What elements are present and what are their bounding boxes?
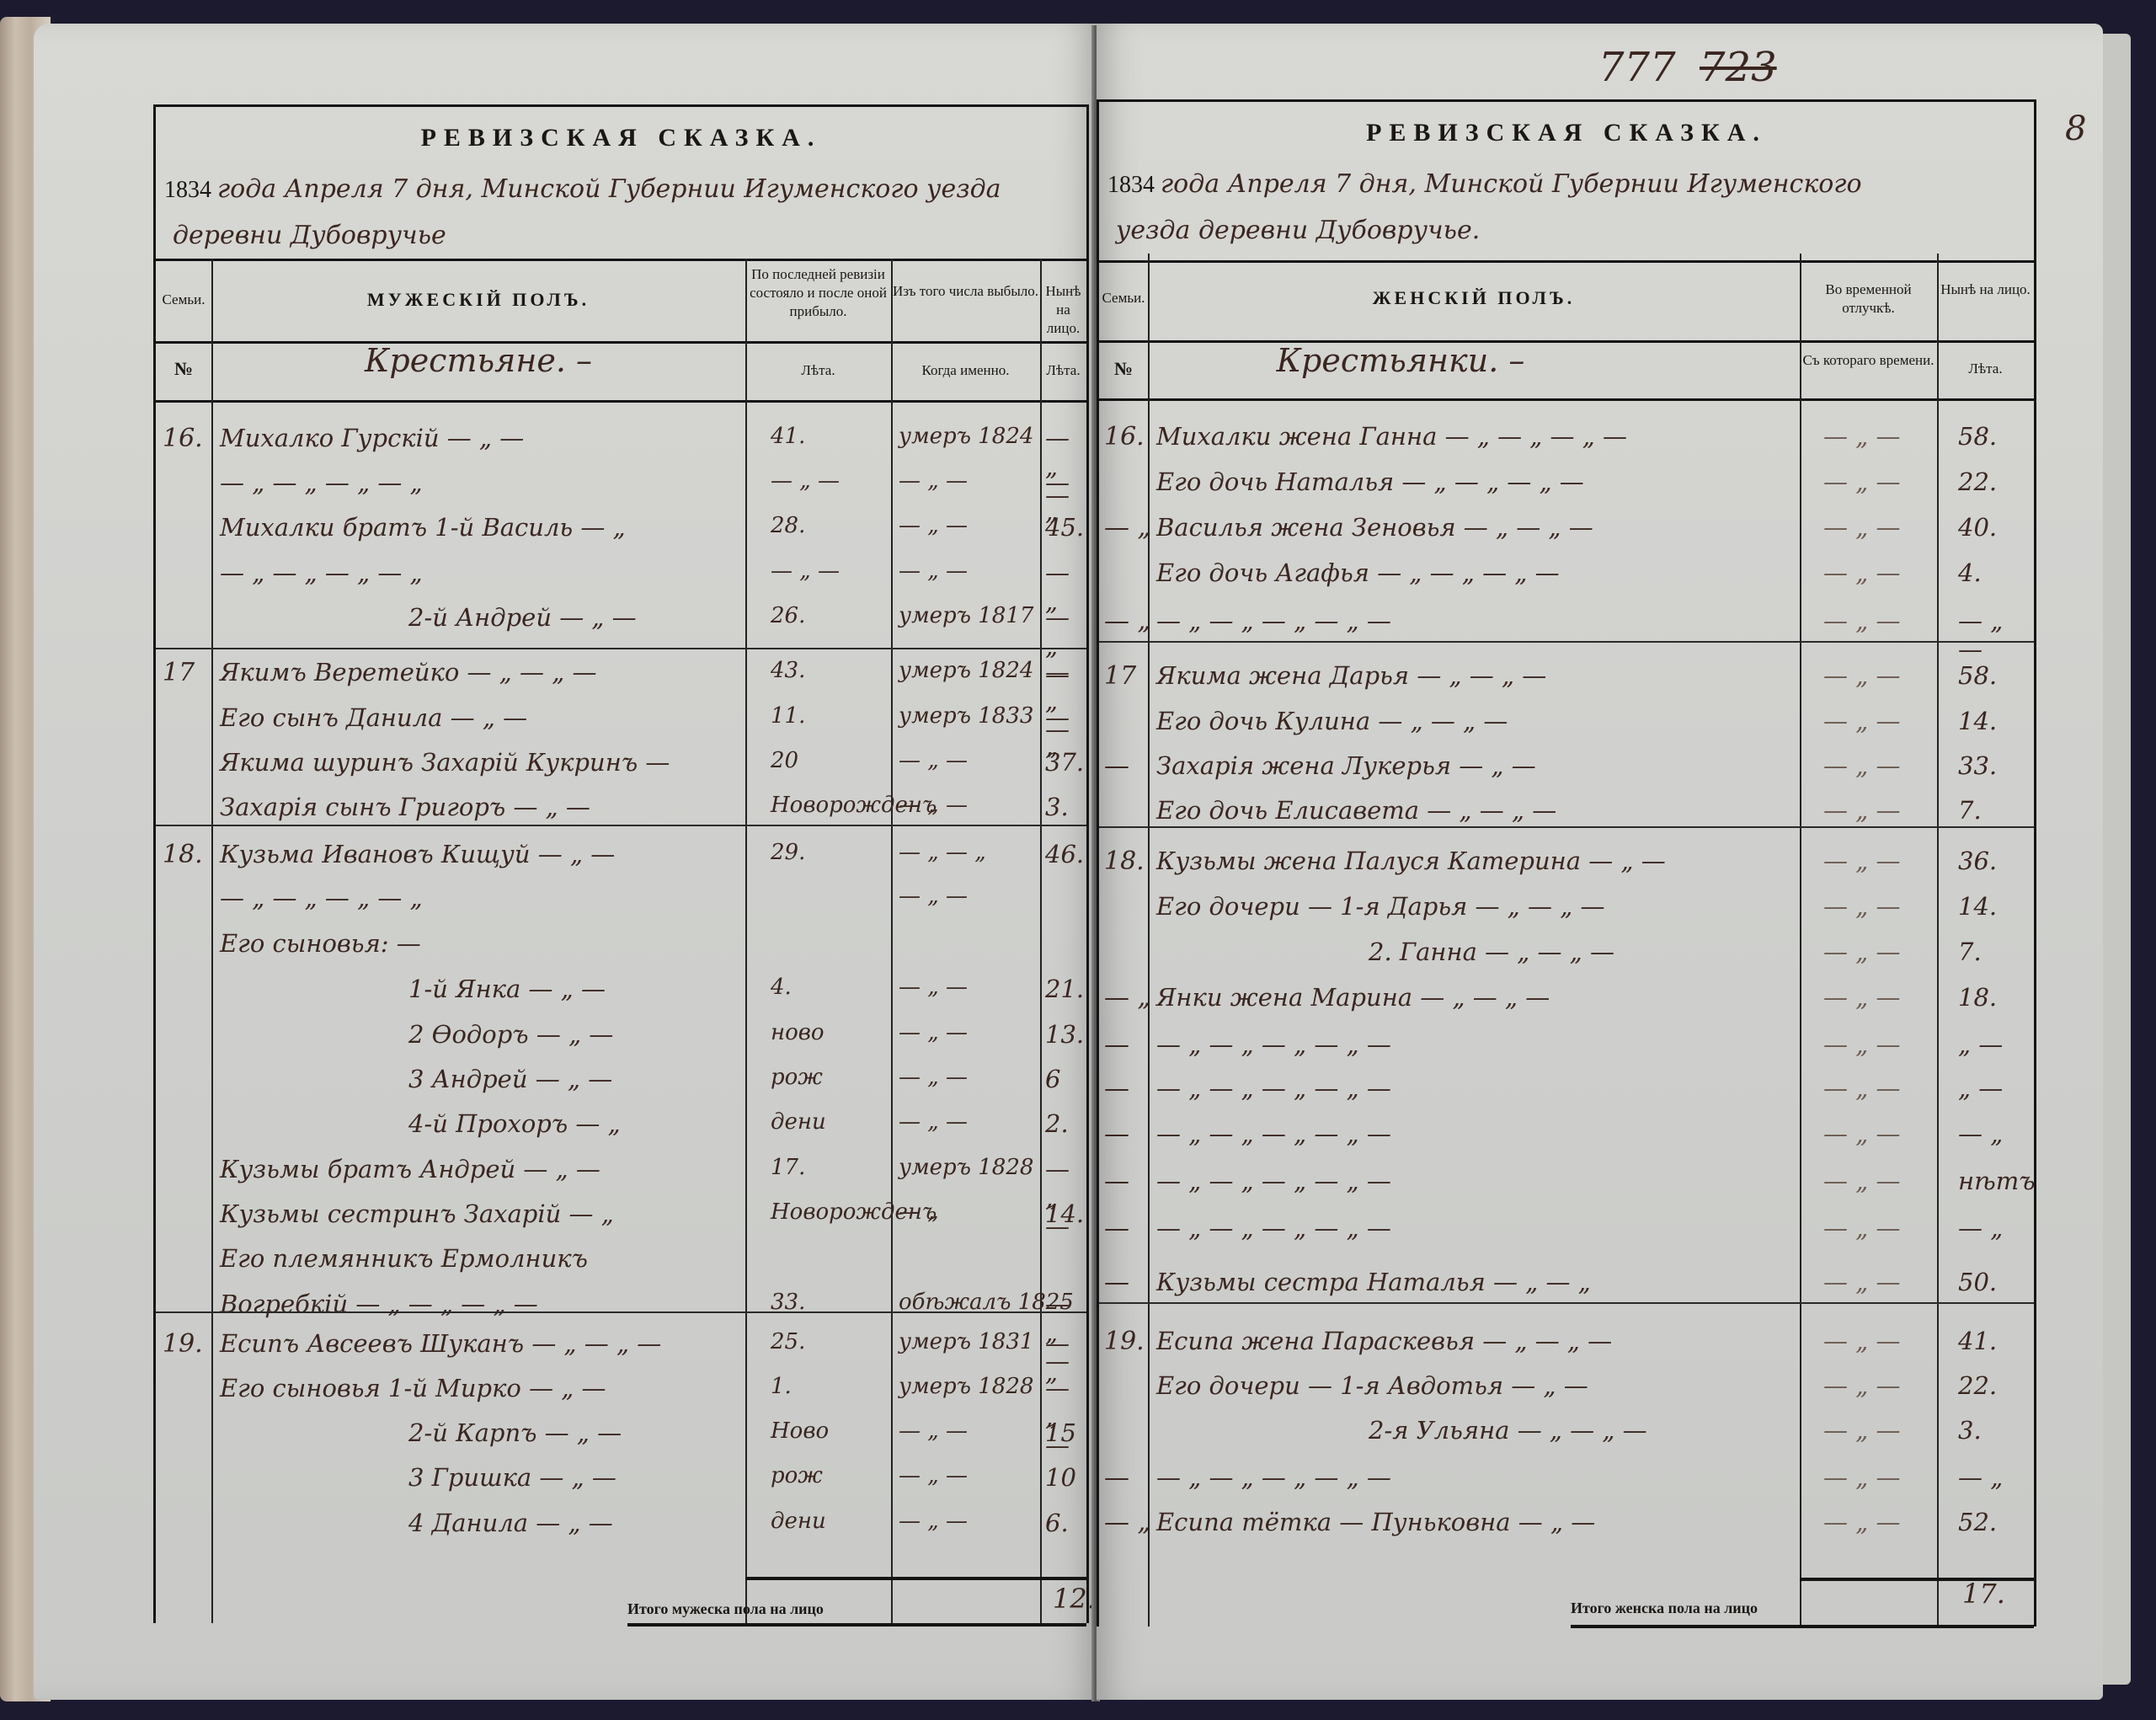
female-table-row: Его дочери — 1-я Дарья — „ — „ —— „ —14. (1099, 889, 2034, 931)
male-table-row: Кузьмы братъ Андрей — „ —17.умеръ 1828— … (156, 1151, 1086, 1194)
temporary-absence: — „ — (1823, 1214, 1900, 1242)
age-now: 14. (1045, 1199, 1084, 1228)
departure-note: — „ — (899, 558, 968, 584)
temporary-absence: — „ — (1823, 983, 1900, 1012)
header-when: Когда именно. (891, 361, 1040, 380)
female-table-row: 2-я Ульяна — „ — „ —— „ —3. (1099, 1413, 2034, 1455)
male-table-row: Кузьмы сестринъ Захарій — „Новорожденъ— … (156, 1196, 1086, 1238)
header-family: Семьи. (1099, 289, 1148, 307)
age-now: 45. (1045, 513, 1084, 542)
age-now: 37. (1045, 748, 1084, 777)
person-name: Янки жена Марина — „ — „ — (1156, 983, 1550, 1012)
temporary-absence: — „ — (1823, 1074, 1900, 1103)
departure-note: умеръ 1824 (899, 658, 1033, 683)
age-now: 58. (1958, 422, 1997, 451)
header-num-sign: № (156, 360, 211, 378)
struck-folio-number: 723 (1700, 44, 1777, 91)
age-at-last-revision: рож (771, 1065, 823, 1090)
departure-note: — „ — (899, 1020, 968, 1045)
age-now: — „ (1958, 1119, 2003, 1148)
family-separator (156, 825, 1086, 826)
female-table-row: 17Якима жена Дарья — „ — „ —— „ —58. (1099, 658, 2034, 700)
family-number: 18. (1104, 847, 1145, 876)
age-now: 22. (1958, 1371, 1997, 1400)
age-now: 41. (1958, 1327, 1997, 1355)
person-name: Его дочь Елисавета — „ — „ — (1156, 796, 1556, 825)
male-table-row: 4-й Прохоръ — „дени— „ —2. (156, 1106, 1086, 1148)
right-page-frame: РЕВИЗСКАЯ СКАЗКА. 1834 года Апреля 7 дня… (1097, 99, 2036, 1627)
age-now: 2. (1045, 1109, 1069, 1138)
departure-note: умеръ 1831 (899, 1329, 1033, 1354)
temporary-absence: — „ — (1823, 707, 1900, 735)
person-name: — „ — „ — „ — „ — (1156, 1119, 1391, 1148)
person-name: Василья жена Зеновья — „ — „ — (1156, 513, 1593, 542)
person-name: 4 Данила — „ — (408, 1509, 613, 1537)
person-name: Его сыновья: — (220, 929, 421, 958)
person-name: 2-й Карпъ — „ — (408, 1418, 622, 1447)
age-now: 7. (1958, 796, 1982, 825)
departure-note: — „ — (899, 1109, 968, 1135)
female-table-row: — „Есипа тётка — Пуньковна — „ —— „ —52. (1099, 1504, 2034, 1546)
male-table-row: 2 Ѳодоръ — „ —ново— „ —13. (156, 1017, 1086, 1059)
header-top-rule (156, 259, 1086, 261)
person-name: Якима шуринъ Захарій Кукринъ — (220, 748, 670, 777)
male-table-row: — „ — „ — „ — „— „ —— „ —— „ (156, 465, 1086, 507)
margin-number: 8 (2065, 110, 2086, 148)
header-estate: Крестьяне. – (211, 351, 745, 370)
person-name: — „ — „ — „ — „ (220, 884, 423, 912)
right-place-line: уезда деревни Дубовручье. (1116, 216, 1480, 245)
total-rule (1800, 1578, 2034, 1581)
age-now: „ — (1958, 1074, 2003, 1103)
temporary-absence: — „ — (1823, 892, 1900, 921)
family-separator (156, 648, 1086, 649)
person-name: 2-й Андрей — „ — (408, 603, 637, 632)
female-total-value: 17. (1962, 1578, 2005, 1610)
female-table-row: —Захарія жена Лукерья — „ —— „ —33. (1099, 748, 2034, 790)
temporary-absence: — „ — (1823, 422, 1900, 451)
family-number: — „ (1104, 1508, 1150, 1537)
person-name: 3 Гришка — „ — (408, 1463, 616, 1492)
age-at-last-revision: 41. (771, 424, 805, 449)
person-name: Есипа тётка — Пуньковна — „ — (1156, 1508, 1595, 1536)
age-now: 10 (1045, 1463, 1076, 1492)
age-now: — „ (1958, 1463, 2003, 1492)
header-mid-rule (156, 341, 1086, 344)
temporary-absence: — „ — (1823, 558, 1900, 587)
header-estate: Крестьянки. – (1148, 351, 1653, 370)
temporary-absence: — „ — (1823, 1167, 1900, 1195)
age-at-last-revision: 17. (771, 1155, 805, 1180)
person-name: 2. Ганна — „ — „ — (1369, 937, 1614, 966)
female-table-row: 2. Ганна — „ — „ —— „ —7. (1099, 934, 2034, 976)
departure-note: — „ — (899, 975, 968, 1000)
female-table-row: Его дочь Наталья — „ — „ — „ —— „ —22. (1099, 464, 2034, 506)
age-now: 18. (1958, 983, 1997, 1012)
age-now: 6 (1045, 1065, 1060, 1093)
age-at-last-revision: — „ — (771, 468, 840, 494)
male-table-row: 3 Андрей — „ —рож— „ —6 (156, 1061, 1086, 1103)
person-name: Его сынъ Данила — „ — (220, 703, 527, 732)
person-name: — „ — „ — „ — „ — (1156, 1167, 1391, 1195)
female-table-row: 18.Кузьмы жена Палуся Катерина — „ —— „ … (1099, 843, 2034, 885)
header-now: Нынѣ на лицо. (1040, 282, 1086, 338)
female-table-row: —— „ — „ — „ — „ —— „ —„ — (1099, 1027, 2034, 1069)
family-number: — (1104, 751, 1129, 781)
age-at-last-revision: 29. (771, 840, 805, 865)
age-now: 46. (1045, 840, 1084, 868)
departure-note: — „ — (899, 1065, 968, 1090)
left-date-text: года Апреля 7 дня, Минской Губернии Игум… (217, 174, 1001, 204)
male-table-row: 1-й Янка — „ —4.— „ —21. (156, 971, 1086, 1013)
family-number: 16. (1104, 422, 1145, 451)
temporary-absence: — „ — (1823, 751, 1900, 780)
age-now: 7. (1958, 937, 1982, 966)
age-now: „ — (1958, 1030, 2003, 1059)
header-mid-rule (1099, 340, 2034, 343)
temporary-absence: — „ — (1823, 606, 1900, 635)
person-name: Его сыновья 1-й Мирко — „ — (220, 1374, 606, 1402)
temporary-absence: — „ — (1823, 1371, 1900, 1400)
age-now: 14. (1958, 892, 1997, 921)
age-at-last-revision: 20 (771, 748, 798, 773)
female-table-row: —— „ — „ — „ — „ —— „ —„ — (1099, 1071, 2034, 1113)
family-separator (1099, 641, 2034, 643)
age-now: 33. (1958, 751, 1997, 780)
person-name: Вогребкій — „ — „ — „ — (220, 1290, 538, 1318)
header-num-sign: № (1099, 360, 1148, 378)
temporary-absence: — „ — (1823, 1416, 1900, 1445)
age-now: 14. (1958, 707, 1997, 735)
departure-note: умеръ 1824 (899, 424, 1033, 449)
departure-note: — „ — (899, 468, 968, 494)
departure-note: умеръ 1817 (899, 603, 1033, 628)
header-last-revision: По последней ревизіи состояло и после он… (745, 265, 891, 321)
age-now: 58. (1958, 661, 1997, 690)
age-now: 3. (1045, 793, 1069, 821)
header-bottom-rule (156, 400, 1086, 403)
left-date-line: 1834 года Апреля 7 дня, Минской Губернии… (164, 174, 1078, 204)
family-number: — (1104, 1463, 1129, 1493)
temporary-absence: — „ — (1823, 1119, 1900, 1148)
family-number: — „ (1104, 983, 1150, 1012)
temporary-absence: — „ — (1823, 847, 1900, 875)
female-table-row: —Кузьмы сестра Наталья — „ — „— „ —50. (1099, 1264, 2034, 1306)
person-name: — „ — „ — „ — „ (220, 468, 423, 497)
departure-note: — „ — (899, 884, 968, 909)
male-table-row: Вогребкій — „ — „ — „ —33.обѣжалъ 1825— … (156, 1286, 1086, 1328)
person-name: Михалко Гурскій — „ — (220, 424, 524, 452)
age-at-last-revision: 43. (771, 658, 805, 683)
temporary-absence: — „ — (1823, 513, 1900, 542)
person-name: Его дочь Агафья — „ — „ — „ — (1156, 558, 1560, 587)
header-temp-absence: Во временной отлучкѣ. (1800, 280, 1937, 318)
age-now: 4. (1958, 558, 1982, 587)
person-name: Михалки жена Ганна — „ — „ — „ — (1156, 422, 1627, 451)
age-at-last-revision: 1. (771, 1374, 792, 1399)
family-number: — (1104, 1074, 1129, 1103)
departure-note: — „ — (899, 793, 968, 818)
person-name: Захарія жена Лукерья — „ — (1156, 751, 1536, 780)
temporary-absence: — „ — (1823, 1327, 1900, 1355)
person-name: Кузьмы сестринъ Захарій — „ (220, 1199, 614, 1228)
family-number: 17 (163, 658, 195, 687)
header-female-sex: ЖЕНСКІЙ ПОЛЪ. (1148, 289, 1800, 307)
temporary-absence: — „ — (1823, 1508, 1900, 1536)
total-rule (745, 1577, 1086, 1580)
age-at-last-revision: дени (771, 1509, 826, 1534)
person-name: 2 Ѳодоръ — „ — (408, 1020, 613, 1049)
male-table-row: 19.Есипъ Авсеевъ Шуканъ — „ — „ —25.умер… (156, 1326, 1086, 1368)
person-name: — „ — „ — „ — „ — (1156, 1030, 1391, 1059)
right-date-text: года Апреля 7 дня, Минской Губернии Игум… (1161, 169, 1862, 199)
male-table-row: Якима шуринъ Захарій Кукринъ —20— „ —37. (156, 745, 1086, 787)
temporary-absence: — „ — (1823, 467, 1900, 496)
person-name: Кузьмы братъ Андрей — „ — (220, 1155, 600, 1183)
person-name: Якима жена Дарья — „ — „ — (1156, 661, 1546, 690)
temporary-absence: — „ — (1823, 1268, 1900, 1296)
person-name: Есипа жена Параскевья — „ — „ — (1156, 1327, 1612, 1355)
person-name: Кузьмы сестра Наталья — „ — „ (1156, 1268, 1591, 1296)
age-now: 3. (1958, 1416, 1982, 1445)
total-rule (627, 1623, 1086, 1627)
age-at-last-revision: ново (771, 1020, 825, 1045)
female-table-row: — „Янки жена Марина — „ — „ —— „ —18. (1099, 980, 2034, 1022)
right-page-title: РЕВИЗСКАЯ СКАЗКА. (1099, 119, 2034, 147)
departure-note: — „ — „ (899, 840, 986, 865)
age-at-last-revision: рож (771, 1463, 823, 1488)
male-table-row: — „ — „ — „ — „— „ —— „ —— „ (156, 555, 1086, 597)
age-at-last-revision: 28. (771, 513, 805, 538)
age-now: 52. (1958, 1508, 1997, 1536)
age-now: 6. (1045, 1509, 1069, 1537)
age-at-last-revision: дени (771, 1109, 826, 1135)
male-table-row: — „ — „ — „ — „— „ — (156, 880, 1086, 922)
left-page-title: РЕВИЗСКАЯ СКАЗКА. (156, 124, 1086, 152)
age-at-last-revision: 26. (771, 603, 805, 628)
male-total-value: 12. (1053, 1583, 1096, 1615)
age-at-last-revision: 11. (771, 703, 805, 729)
family-number: 19. (1104, 1327, 1145, 1356)
person-name: — „ — „ — „ — „ — (1156, 1214, 1391, 1242)
male-table-row: 16.Михалко Гурскій — „ —41.умеръ 1824— „… (156, 420, 1086, 462)
right-date-line: 1834 года Апреля 7 дня, Минской Губернии… (1107, 169, 2025, 199)
female-table-row: 16.Михалки жена Ганна — „ — „ — „ —— „ —… (1099, 419, 2034, 461)
person-name: — „ — „ — „ — „ (220, 558, 423, 587)
person-name: Михалки братъ 1-й Василь — „ (220, 513, 626, 542)
person-name: 1-й Янка — „ — (408, 975, 606, 1003)
departure-note: умеръ 1833 (899, 703, 1033, 729)
person-name: Его дочери — 1-я Авдотья — „ — (1156, 1371, 1588, 1400)
departure-note: — „ — (899, 1509, 968, 1534)
family-separator (1099, 826, 2034, 828)
female-table-row: —— „ — „ — „ — „ —— „ —— „ (1099, 1210, 2034, 1253)
person-name: Кузьма Ивановъ Кищуй — „ — (220, 840, 615, 868)
age-now: 22. (1958, 467, 1997, 496)
person-name: Его дочери — 1-я Дарья — „ — „ — (1156, 892, 1604, 921)
temporary-absence: — „ — (1823, 937, 1900, 966)
male-table-row: Его племянникъ Ермолникъ (156, 1241, 1086, 1283)
female-table-row: Его дочь Агафья — „ — „ — „ —— „ —4. (1099, 555, 2034, 597)
person-name: Его дочь Кулина — „ — „ — (1156, 707, 1508, 735)
female-table-row: —— „ — „ — „ — „ —— „ —— „ (1099, 1116, 2034, 1158)
family-number: — (1104, 1214, 1129, 1243)
age-at-last-revision: 25. (771, 1329, 805, 1354)
header-since: Съ котораго времени. (1800, 351, 1937, 370)
age-at-last-revision: — „ — (771, 558, 840, 584)
male-table-row: 18.Кузьма Ивановъ Кищуй — „ —29.— „ — „4… (156, 836, 1086, 879)
person-name: — „ — „ — „ — „ — (1156, 606, 1391, 635)
person-name: 4-й Прохоръ — „ (408, 1109, 621, 1138)
header-departed: Изъ того числа выбыло. (891, 282, 1040, 301)
female-table-row: —— „ — „ — „ — „ —— „ —— „ (1099, 1460, 2034, 1502)
header-top-rule (1099, 260, 2034, 263)
header-bottom-rule (1099, 398, 2034, 401)
male-table-row: Михалки братъ 1-й Василь — „28.— „ —45. (156, 510, 1086, 552)
person-name: — „ — „ — „ — „ — (1156, 1463, 1391, 1492)
age-now: 13. (1045, 1020, 1084, 1049)
family-separator (1099, 1302, 2034, 1304)
male-total-label: Итого мужеска пола на лицо (627, 1600, 824, 1618)
age-now: 40. (1958, 513, 1997, 542)
age-now: — „ — (1958, 606, 2034, 664)
male-table-row: Его сыновья: — (156, 926, 1086, 968)
header-now: Нынѣ на лицо. (1937, 280, 2034, 299)
left-place-line: деревни Дубовручье (173, 221, 446, 250)
person-name: Кузьмы жена Палуся Катерина — „ — (1156, 847, 1666, 875)
departure-note: — „ — (899, 1463, 968, 1488)
folio-number: 777 (1598, 44, 1676, 91)
age-now: — „ (1958, 1214, 2003, 1242)
age-now: нѣтъ (1958, 1167, 2036, 1195)
male-table-row: Его сынъ Данила — „ —11.умеръ 1833— „ (156, 700, 1086, 742)
left-year: 1834 (164, 177, 211, 203)
family-number: — (1104, 1119, 1129, 1149)
female-table-row: — „Василья жена Зеновья — „ — „ —— „ —40… (1099, 510, 2034, 552)
female-total-label: Итого женска пола на лицо (1571, 1600, 1758, 1617)
family-number: 16. (163, 424, 203, 453)
family-number: 17 (1104, 661, 1136, 691)
header-years-now: Лѣта. (1040, 361, 1086, 380)
departure-note: умеръ 1828 (899, 1374, 1033, 1399)
left-page-frame: РЕВИЗСКАЯ СКАЗКА. 1834 года Апреля 7 дня… (153, 104, 1089, 1623)
departure-note: — „ — (899, 748, 968, 773)
person-name: Захарія сынъ Григоръ — „ — (220, 793, 590, 821)
family-number: — (1104, 1268, 1129, 1297)
total-rule (1571, 1625, 2034, 1628)
family-number: — (1104, 1030, 1129, 1060)
temporary-absence: — „ — (1823, 796, 1900, 825)
age-now: 36. (1958, 847, 1997, 875)
female-table-row: 19.Есипа жена Параскевья — „ — „ —— „ —4… (1099, 1323, 2034, 1365)
male-table-row: Его сыновья 1-й Мирко — „ —1.умеръ 1828—… (156, 1370, 1086, 1413)
female-table-row: Его дочь Кулина — „ — „ —— „ —14. (1099, 703, 2034, 745)
person-name: 3 Андрей — „ — (408, 1065, 612, 1093)
age-now: 15 (1045, 1418, 1076, 1447)
male-table-row: 17Якимъ Веретейко — „ — „ —43.умеръ 1824… (156, 654, 1086, 697)
female-table-row: —— „ — „ — „ — „ —— „ —нѣтъ (1099, 1163, 2034, 1205)
header-years: Лѣта. (1937, 360, 2034, 378)
temporary-absence: — „ — (1823, 1463, 1900, 1492)
person-name: Его дочь Наталья — „ — „ — „ — (1156, 467, 1584, 496)
person-name: 2-я Ульяна — „ — „ — (1369, 1416, 1647, 1445)
departure-note: — „ (899, 1199, 939, 1225)
female-table-row: — „— „ — „ — „ — „ —— „ —— „ — (1099, 603, 2034, 645)
age-now: 50. (1958, 1268, 1997, 1296)
departure-note: — „ — (899, 1418, 968, 1444)
header-male-sex: МУЖЕСКІЙ ПОЛЪ. (211, 291, 745, 309)
temporary-absence: — „ — (1823, 1030, 1900, 1059)
person-name: Есипъ Авсеевъ Шуканъ — „ — „ — (220, 1329, 661, 1358)
male-table-row: 2-й Андрей — „ —26.умеръ 1817— „ — (156, 600, 1086, 642)
right-year: 1834 (1107, 172, 1155, 198)
family-number: — (1104, 1167, 1129, 1196)
age-now: 21. (1045, 975, 1084, 1003)
female-table-row: Его дочь Елисавета — „ — „ —— „ —7. (1099, 793, 2034, 835)
family-number: — „ (1104, 513, 1150, 542)
departure-note: — „ — (899, 513, 968, 538)
female-table-row: Его дочери — 1-я Авдотья — „ —— „ —22. (1099, 1368, 2034, 1410)
person-name: — „ — „ — „ — „ — (1156, 1074, 1391, 1103)
header-years: Лѣта. (745, 361, 891, 380)
header-family: Семьи. (156, 291, 211, 309)
male-table-row: 4 Данила — „ —дени— „ —6. (156, 1505, 1086, 1547)
departure-note: умеръ 1828 (899, 1155, 1033, 1180)
temporary-absence: — „ — (1823, 661, 1900, 690)
family-number: 19. (163, 1329, 203, 1359)
male-table-row: 2-й Карпъ — „ —Ново— „ —15 (156, 1415, 1086, 1457)
male-table-row: 3 Гришка — „ —рож— „ —10 (156, 1460, 1086, 1502)
family-number: 18. (163, 840, 203, 869)
person-name: Его племянникъ Ермолникъ (220, 1244, 588, 1273)
person-name: Якимъ Веретейко — „ — „ — (220, 658, 596, 686)
family-number: — „ (1104, 606, 1150, 636)
family-separator (156, 1311, 1086, 1313)
age-at-last-revision: Ново (771, 1418, 829, 1444)
age-at-last-revision: 4. (771, 975, 792, 1000)
